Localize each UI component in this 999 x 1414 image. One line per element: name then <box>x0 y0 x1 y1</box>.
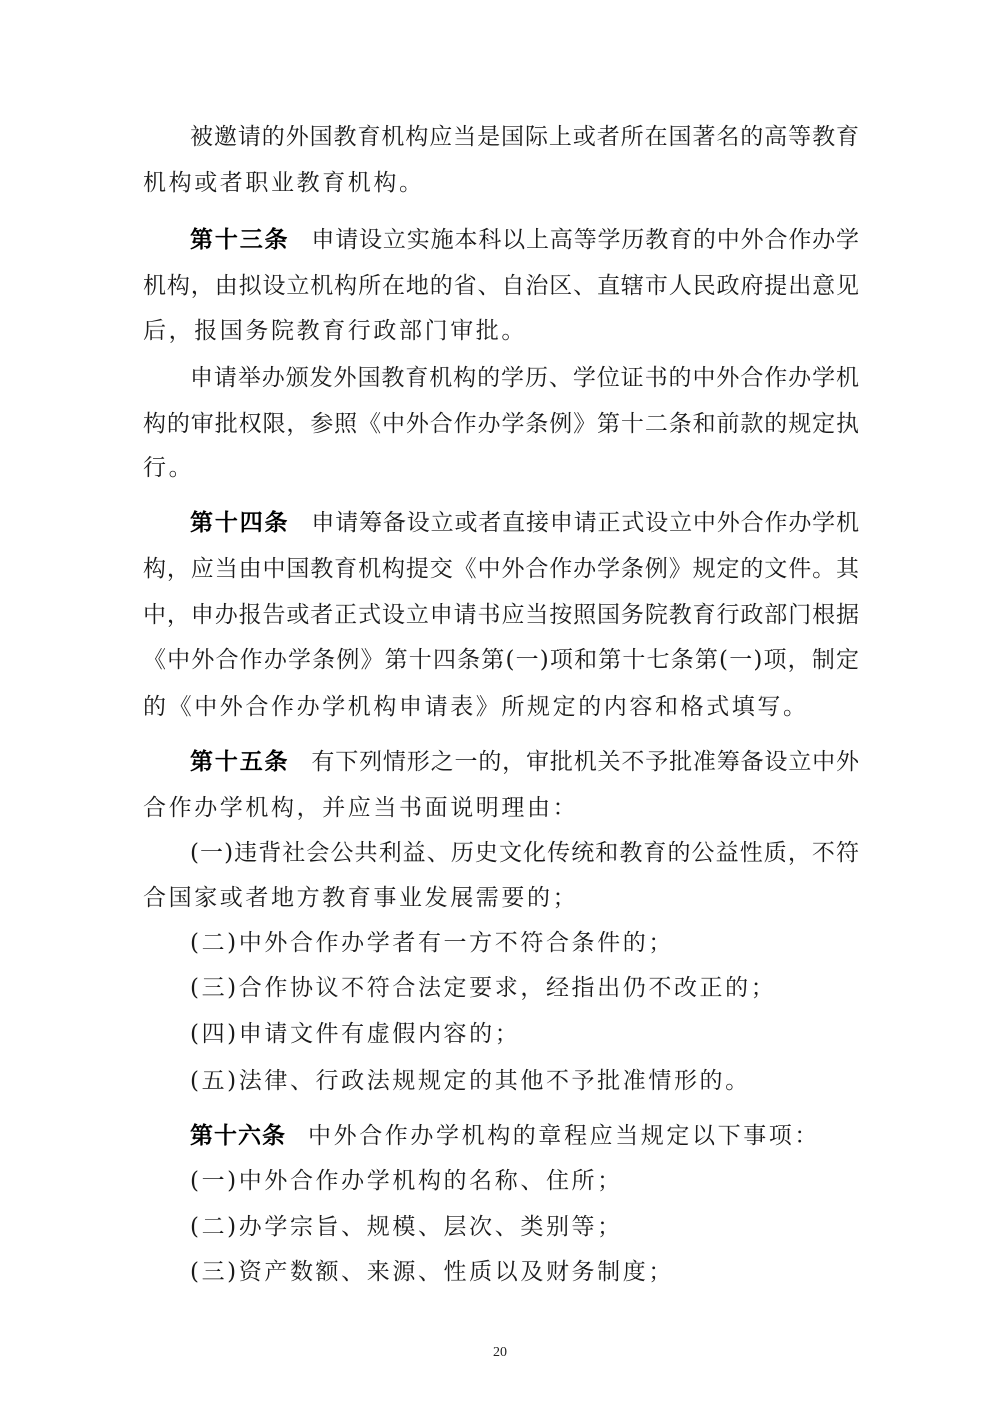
text-line: 第十六条中外合作办学机构的章程应当规定以下事项： <box>190 1119 859 1153</box>
line-text: (三)资产数额、来源、性质以及财务制度； <box>190 1259 674 1285</box>
line-text: (四)申请文件有虚假内容的； <box>190 1021 520 1047</box>
line-text: (五)法律、行政法规规定的其他不予批准情形的。 <box>190 1068 751 1094</box>
text-line: (二)办学宗旨、规模、层次、类别等； <box>190 1210 859 1244</box>
text-line: 机构，由拟设立机构所在地的省、自治区、直辖市人民政府提出意见 <box>143 269 859 303</box>
text-line: 合作办学机构，并应当书面说明理由： <box>143 791 859 825</box>
article-heading: 第十三条 <box>190 227 289 253</box>
line-text: 被邀请的外国教育机构应当是国际上或者所在国著名的高等教育 <box>190 124 859 150</box>
line-text: (一)违背社会公共利益、历史文化传统和教育的公益性质，不符 <box>190 840 859 866</box>
line-text: 机构或者职业教育机构。 <box>143 170 425 196</box>
text-line: 《中外合作办学条例》第十四条第(一)项和第十七条第(一)项，制定 <box>143 643 859 677</box>
text-line: 构的审批权限，参照《中外合作办学条例》第十二条和前款的规定执 <box>143 407 859 441</box>
line-text: (一)中外合作办学机构的名称、住所； <box>190 1168 623 1194</box>
text-line: 后，报国务院教育行政部门审批。 <box>143 314 859 348</box>
text-line: (四)申请文件有虚假内容的； <box>190 1017 859 1051</box>
line-text: 合作办学机构，并应当书面说明理由： <box>143 795 578 821</box>
text-line: (三)合作协议不符合法定要求，经指出仍不改正的； <box>190 971 859 1005</box>
article-heading: 第十六条 <box>190 1123 286 1149</box>
line-text: (二)办学宗旨、规模、层次、类别等； <box>190 1214 623 1240</box>
line-text: 申请设立实施本科以上高等学历教育的中外合作办学 <box>311 227 859 253</box>
text-line: 第十五条有下列情形之一的，审批机关不予批准筹备设立中外 <box>190 745 859 779</box>
line-text: 构的审批权限，参照《中外合作办学条例》第十二条和前款的规定执 <box>143 411 859 437</box>
line-text: 构，应当由中国教育机构提交《中外合作办学条例》规定的文件。其 <box>143 556 859 582</box>
text-line: 构，应当由中国教育机构提交《中外合作办学条例》规定的文件。其 <box>143 552 859 586</box>
article-heading: 第十五条 <box>190 749 289 775</box>
line-text: 中，申办报告或者正式设立申请书应当按照国务院教育行政部门根据 <box>143 602 859 628</box>
text-line: 中，申办报告或者正式设立申请书应当按照国务院教育行政部门根据 <box>143 598 859 632</box>
line-text: 《中外合作办学条例》第十四条第(一)项和第十七条第(一)项，制定 <box>143 647 859 673</box>
text-line: 第十三条申请设立实施本科以上高等学历教育的中外合作办学 <box>190 223 859 257</box>
page-number: 20 <box>470 1345 530 1361</box>
line-text: 机构，由拟设立机构所在地的省、自治区、直辖市人民政府提出意见 <box>143 273 859 299</box>
text-line: 合国家或者地方教育事业发展需要的； <box>143 881 859 915</box>
line-text: (二)中外合作办学者有一方不符合条件的； <box>190 930 674 956</box>
line-text: 申请举办颁发外国教育机构的学历、学位证书的中外合作办学机 <box>190 365 859 391</box>
text-line: 被邀请的外国教育机构应当是国际上或者所在国著名的高等教育 <box>190 120 859 154</box>
line-text: 后，报国务院教育行政部门审批。 <box>143 318 527 344</box>
article-heading: 第十四条 <box>190 510 289 536</box>
text-line: (二)中外合作办学者有一方不符合条件的； <box>190 926 859 960</box>
line-text: (三)合作协议不符合法定要求，经指出仍不改正的； <box>190 975 776 1001</box>
line-text: 中外合作办学机构的章程应当规定以下事项： <box>308 1123 820 1149</box>
text-line: (三)资产数额、来源、性质以及财务制度； <box>190 1255 859 1289</box>
line-text: 的《中外合作办学机构申请表》所规定的内容和格式填写。 <box>143 694 809 720</box>
line-text: 合国家或者地方教育事业发展需要的； <box>143 885 578 911</box>
line-text: 申请筹备设立或者直接申请正式设立中外合作办学机 <box>311 510 859 536</box>
text-line: 的《中外合作办学机构申请表》所规定的内容和格式填写。 <box>143 690 859 724</box>
line-text: 有下列情形之一的，审批机关不予批准筹备设立中外 <box>311 749 859 775</box>
text-line: 机构或者职业教育机构。 <box>143 166 859 200</box>
document-page: 被邀请的外国教育机构应当是国际上或者所在国著名的高等教育 机构或者职业教育机构。… <box>0 0 999 1414</box>
text-line: (五)法律、行政法规规定的其他不予批准情形的。 <box>190 1064 859 1098</box>
text-line: (一)违背社会公共利益、历史文化传统和教育的公益性质，不符 <box>190 836 859 870</box>
text-line: (一)中外合作办学机构的名称、住所； <box>190 1164 859 1198</box>
text-line: 第十四条申请筹备设立或者直接申请正式设立中外合作办学机 <box>190 506 859 540</box>
text-line: 申请举办颁发外国教育机构的学历、学位证书的中外合作办学机 <box>190 361 859 395</box>
text-line: 行。 <box>143 451 859 485</box>
line-text: 行。 <box>143 455 194 481</box>
